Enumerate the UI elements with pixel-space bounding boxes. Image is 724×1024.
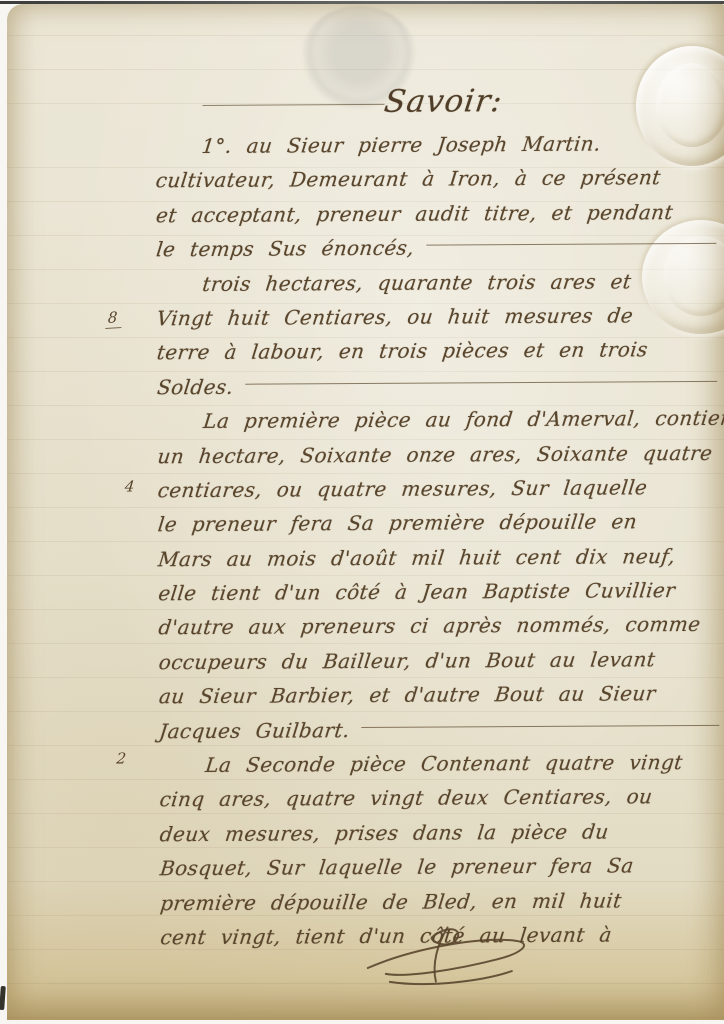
text-line: centiares, ou quatre mesures, Sur laquel… xyxy=(158,470,724,508)
text-line: d'autre aux preneurs ci après nommés, co… xyxy=(159,607,724,645)
text-line: trois hectares, quarante trois ares et xyxy=(156,263,722,301)
text-line-content: 1°. au Sieur pierre Joseph Martin. xyxy=(200,127,603,164)
text-line: Bosquet, Sur laquelle le preneur fera Sa xyxy=(160,848,724,886)
text-line: Soldes. xyxy=(157,367,723,405)
margin-number-8: 8 xyxy=(105,308,122,329)
text-line: 1°. au Sieur pierre Joseph Martin. xyxy=(156,126,722,164)
text-line: La première pièce au fond d'Amerval, con… xyxy=(157,401,723,439)
text-line-content: le preneur fera Sa première dépouille en xyxy=(156,505,639,542)
text-line-content: et acceptant, preneur audit titre, et pe… xyxy=(154,195,675,233)
scan-corner-mark xyxy=(0,986,6,1010)
text-line-content: d'autre aux preneurs ci après nommés, co… xyxy=(157,607,703,645)
manuscript-text: 1°. au Sieur pierre Joseph Martin. culti… xyxy=(156,126,724,955)
text-line-content: Vingt huit Centiares, ou huit mesures de xyxy=(155,298,635,335)
text-line-content: Mars au mois d'août mil huit cent dix ne… xyxy=(156,539,677,577)
text-line-content: occupeurs du Bailleur, d'un Bout au leva… xyxy=(157,642,657,679)
text-line: le temps Sus énoncés, xyxy=(156,229,722,267)
text-line-content: cultivateur, Demeurant à Iron, à ce prés… xyxy=(154,161,663,199)
text-line-content: terre à labour, en trois pièces et en tr… xyxy=(155,333,650,370)
text-line-content: deux mesures, prises dans la pièce du xyxy=(158,814,611,851)
text-line: elle tient d'un côté à Jean Baptiste Cuv… xyxy=(158,573,724,611)
text-line-content: première dépouille de Bled, en mil huit xyxy=(158,883,623,920)
manuscript-layer: Savoir: 8 4 2 1°. au Sieur pierre Joseph… xyxy=(7,4,724,1020)
paragraph-3: La première pièce au fond d'Amerval, con… xyxy=(157,401,724,748)
line-filler-rule xyxy=(362,724,720,727)
paraph-flourish xyxy=(362,923,538,988)
scanned-document: { "document": { "kind": "handwritten not… xyxy=(0,0,724,1024)
text-line-content: un hectare, Soixante onze ares, Soixante… xyxy=(156,435,715,473)
text-line-content: cinq ares, quatre vingt deux Centiares, … xyxy=(158,780,655,817)
text-line-content: trois hectares, quarante trois ares et xyxy=(201,264,634,301)
margin-number-4: 4 xyxy=(124,477,135,495)
text-line-content: Jacques Guilbart. xyxy=(157,713,351,749)
title-underline xyxy=(203,104,385,106)
title-row: Savoir: xyxy=(202,83,502,121)
text-line: cultivateur, Demeurant à Iron, à ce prés… xyxy=(156,160,722,198)
text-line: Vingt huit Centiares, ou huit mesures de xyxy=(157,298,723,336)
text-line-content: La Seconde pièce Contenant quatre vingt xyxy=(204,745,685,782)
paper-sheet: Savoir: 8 4 2 1°. au Sieur pierre Joseph… xyxy=(7,4,724,1020)
paragraph-2: trois hectares, quarante trois ares et V… xyxy=(156,263,723,404)
text-line: Mars au mois d'août mil huit cent dix ne… xyxy=(158,538,724,576)
text-line: et acceptant, preneur audit titre, et pe… xyxy=(156,195,722,233)
line-filler-rule xyxy=(426,243,716,246)
text-line: au Sieur Barbier, et d'autre Bout au Sie… xyxy=(159,676,724,714)
scan-top-edge-line xyxy=(0,1,724,4)
text-line: La Seconde pièce Contenant quatre vingt xyxy=(159,745,724,783)
text-line-content: elle tient d'un côté à Jean Baptiste Cuv… xyxy=(156,573,677,611)
margin-number-2: 2 xyxy=(116,749,127,767)
text-line: terre à labour, en trois pièces et en tr… xyxy=(157,332,723,370)
text-line-content: La première pièce au fond d'Amerval, con… xyxy=(201,401,724,439)
page-title: Savoir: xyxy=(382,83,505,120)
text-line: première dépouille de Bled, en mil huit xyxy=(160,882,724,920)
paragraph-1: 1°. au Sieur pierre Joseph Martin. culti… xyxy=(156,126,723,267)
text-line: deux mesures, prises dans la pièce du xyxy=(160,814,724,852)
text-line-content: le temps Sus énoncés, xyxy=(154,231,416,267)
text-line-content: au Sieur Barbier, et d'autre Bout au Sie… xyxy=(157,676,658,713)
text-line: le preneur fera Sa première dépouille en xyxy=(158,504,724,542)
text-line-content: Soldes. xyxy=(155,370,235,405)
line-filler-rule xyxy=(245,381,717,385)
text-line-content: centiares, ou quatre mesures, Sur laquel… xyxy=(156,470,649,507)
text-line: cinq ares, quatre vingt deux Centiares, … xyxy=(160,779,724,817)
text-line: un hectare, Soixante onze ares, Soixante… xyxy=(158,435,724,473)
text-line: occupeurs du Bailleur, d'un Bout au leva… xyxy=(159,642,724,680)
text-line: Jacques Guilbart. xyxy=(159,710,724,748)
text-line-content: Bosquet, Sur laquelle le preneur fera Sa xyxy=(158,849,636,886)
